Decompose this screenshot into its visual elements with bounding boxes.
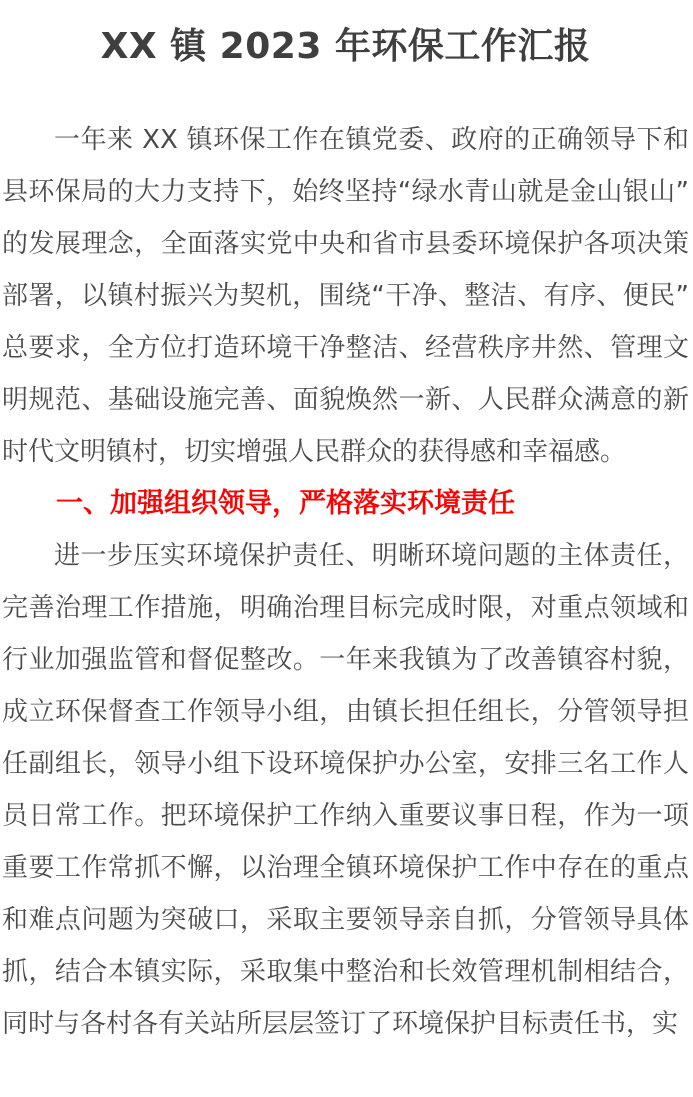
paragraph-section-1: 进一步压实环境保护责任、明晰环境问题的主体责任，完善治理工作措施，明确治理目标完… xyxy=(2,530,689,1050)
document-page: XX 镇 2023 年环保工作汇报 一年来 XX 镇环保工作在镇党委、政府的正确… xyxy=(0,0,693,1097)
document-title: XX 镇 2023 年环保工作汇报 xyxy=(2,24,689,70)
paragraph-intro: 一年来 XX 镇环保工作在镇党委、政府的正确领导下和县环保局的大力支持下，始终坚… xyxy=(2,114,689,478)
section-heading-1: 一、加强组织领导，严格落实环境责任 xyxy=(2,478,689,530)
